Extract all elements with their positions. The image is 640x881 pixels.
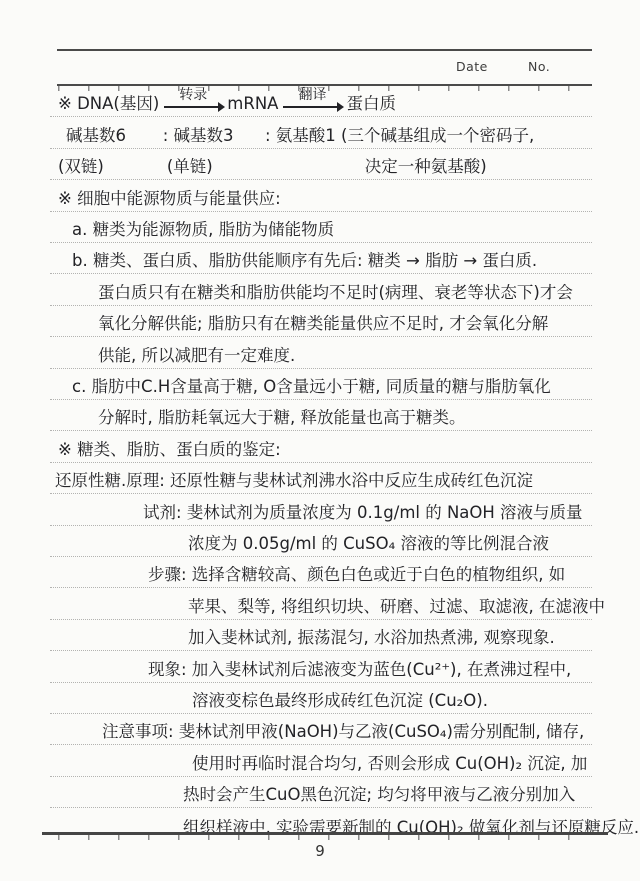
note-text: 使用时再临时混合均匀, 否则会形成 Cu(OH)₂ 沉淀, 加 — [50, 755, 587, 776]
note-text: 现象: 加入斐林试剂后滤液变为蓝色(Cu²⁺), 在煮沸过程中, — [50, 661, 571, 682]
note-line: 热时会产生CuO黑色沉淀; 均匀将甲液与乙液分别加入 — [50, 777, 592, 808]
note-line: (双链) (单链) 决定一种氨基酸) — [50, 149, 592, 180]
protein-label: 蛋白质 — [346, 95, 396, 114]
note-line: 碱基数6 : 碱基数3 : 氨基酸1 (三个碱基组成一个密码子, — [50, 117, 592, 148]
note-line: b. 糖类、蛋白质、脂肪供能顺序有先后: 糖类 → 脂肪 → 蛋白质. — [50, 243, 592, 274]
page-number: 9 — [290, 842, 350, 860]
right-arrow-icon — [283, 106, 341, 108]
note-line: 分解时, 脂肪耗氧远大于糖, 释放能量也高于糖类。 — [50, 400, 592, 431]
note-text: (双链) (单链) 决定一种氨基酸) — [50, 158, 487, 179]
note-text: 氧化分解供能; 脂肪只有在糖类能量供应不足时, 才会氧化分解 — [50, 315, 548, 336]
date-label: Date — [456, 59, 488, 74]
note-line: 现象: 加入斐林试剂后滤液变为蓝色(Cu²⁺), 在煮沸过程中, — [50, 651, 592, 682]
note-line: 步骤: 选择含糖较高、颜色白色或近于白色的植物组织, 如 — [50, 557, 592, 588]
mrna-label: mRNA — [227, 95, 278, 114]
note-line: 供能, 所以减肥有一定难度. — [50, 337, 592, 368]
dna-to-protein-flow: ※ DNA(基因) 转录 mRNA 翻译 蛋白质 — [50, 87, 396, 116]
note-line: 加入斐林试剂, 振荡混匀, 水浴加热煮沸, 观察现象. — [50, 620, 592, 651]
note-line: 苹果、梨等, 将组织切块、研磨、过滤、取滤液, 在滤液中 — [50, 588, 592, 619]
note-text: 浓度为 0.05g/ml 的 CuSO₄ 溶液的等比例混合液 — [50, 535, 549, 556]
note-text: a. 糖类为能源物质, 脂肪为储能物质 — [50, 221, 334, 242]
note-text: 分解时, 脂肪耗氧远大于糖, 释放能量也高于糖类。 — [50, 409, 465, 430]
note-text: 试剂: 斐林试剂为质量浓度为 0.1g/ml 的 NaOH 溶液与质量 — [50, 504, 583, 525]
note-line: a. 糖类为能源物质, 脂肪为储能物质 — [50, 212, 592, 243]
note-text: ※ 细胞中能源物质与能量供应: — [50, 190, 281, 211]
note-text: 注意事项: 斐林试剂甲液(NaOH)与乙液(CuSO₄)需分别配制, 储存, — [50, 723, 584, 744]
note-text: 溶液变棕色最终形成砖红色沉淀 (Cu₂O). — [50, 692, 488, 713]
note-line: 注意事项: 斐林试剂甲液(NaOH)与乙液(CuSO₄)需分别配制, 储存, — [50, 714, 592, 745]
note-text: 加入斐林试剂, 振荡混匀, 水浴加热煮沸, 观察现象. — [50, 629, 555, 650]
translation-label: 翻译 — [298, 87, 326, 103]
transcription-arrow: 转录 — [164, 87, 222, 114]
note-text: 步骤: 选择含糖较高、颜色白色或近于白色的植物组织, 如 — [50, 566, 565, 587]
note-line: c. 脂肪中C.H含量高于糖, O含量远小于糖, 同质量的糖与脂肪氧化 — [50, 369, 592, 400]
translation-arrow: 翻译 — [283, 87, 341, 114]
note-line: 溶液变棕色最终形成砖红色沉淀 (Cu₂O). — [50, 683, 592, 714]
note-line: ※ DNA(基因) 转录 mRNA 翻译 蛋白质 — [50, 86, 592, 117]
note-text: 供能, 所以减肥有一定难度. — [50, 347, 295, 368]
top-rule — [57, 49, 592, 51]
note-text: 苹果、梨等, 将组织切块、研磨、过滤、取滤液, 在滤液中 — [50, 598, 605, 619]
notebook-page: Date No. ※ DNA(基因) 转录 mRNA 翻译 蛋白质 碱基数6 :… — [0, 0, 640, 881]
note-text: c. 脂肪中C.H含量高于糖, O含量远小于糖, 同质量的糖与脂肪氧化 — [50, 378, 551, 399]
note-text: 碱基数6 : 碱基数3 : 氨基酸1 (三个碱基组成一个密码子, — [50, 127, 534, 148]
note-text: b. 糖类、蛋白质、脂肪供能顺序有先后: 糖类 → 脂肪 → 蛋白质. — [50, 252, 537, 273]
note-line: 氧化分解供能; 脂肪只有在糖类能量供应不足时, 才会氧化分解 — [50, 306, 592, 337]
note-text: ※ 糖类、脂肪、蛋白质的鉴定: — [50, 441, 281, 462]
transcription-label: 转录 — [179, 87, 207, 103]
footer-tick-marks — [58, 835, 592, 840]
note-text: 热时会产生CuO黑色沉淀; 均匀将甲液与乙液分别加入 — [50, 786, 575, 807]
note-line: 蛋白质只有在糖类和脂肪供能均不足时(病理、衰老等状态下)才会 — [50, 274, 592, 305]
note-text: 蛋白质只有在糖类和脂肪供能均不足时(病理、衰老等状态下)才会 — [50, 284, 573, 305]
note-line: ※ 细胞中能源物质与能量供应: — [50, 180, 592, 211]
note-line: ※ 糖类、脂肪、蛋白质的鉴定: — [50, 431, 592, 462]
note-line: 使用时再临时混合均匀, 否则会形成 Cu(OH)₂ 沉淀, 加 — [50, 745, 592, 776]
note-text: 还原性糖.原理: 还原性糖与斐林试剂沸水浴中反应生成砖红色沉淀 — [50, 472, 533, 493]
right-arrow-icon — [164, 106, 222, 108]
note-line: 浓度为 0.05g/ml 的 CuSO₄ 溶液的等比例混合液 — [50, 526, 592, 557]
note-line: 还原性糖.原理: 还原性糖与斐林试剂沸水浴中反应生成砖红色沉淀 — [50, 463, 592, 494]
dna-label: ※ DNA(基因) — [58, 95, 159, 114]
no-label: No. — [528, 59, 550, 74]
note-line: 试剂: 斐林试剂为质量浓度为 0.1g/ml 的 NaOH 溶液与质量 — [50, 494, 592, 525]
